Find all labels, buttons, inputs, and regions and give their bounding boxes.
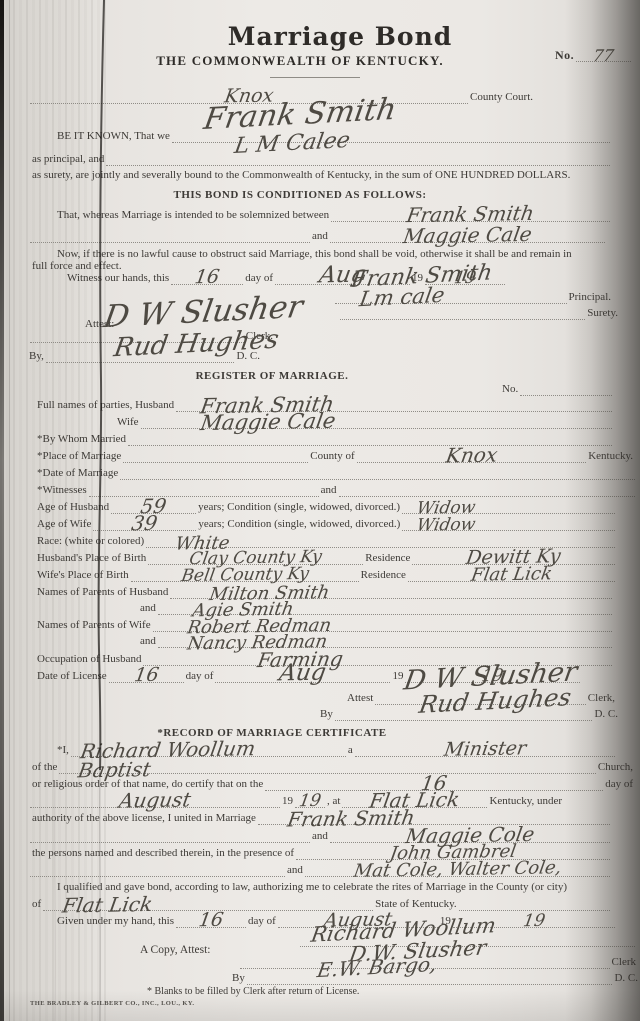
age-wife-label: Age of Wife (35, 518, 93, 531)
license-day-line: 16 (109, 669, 184, 683)
surety-label: Surety. (585, 307, 620, 320)
witness-day-handwriting: 16 (170, 267, 245, 287)
surety-name-line (106, 152, 610, 166)
cert-and1-label: and (310, 830, 330, 843)
date-line (120, 466, 635, 480)
ceremony-day-of-label: day of (603, 778, 635, 791)
printer-imprint: THE BRADLEY & GILBERT CO., INC., LOU., K… (28, 997, 196, 1010)
copy-attest-label: A Copy, Attest: (138, 944, 213, 957)
wife-name-line: Maggie Cale (141, 415, 612, 429)
race-label: Race: (white or colored) (35, 535, 146, 548)
register-by-label: By (318, 708, 335, 721)
ceremony-year-prefix: 19 (280, 795, 295, 808)
license-day-of-label: day of (184, 670, 216, 683)
bond-number: 77 (575, 48, 633, 65)
no-label: No. (553, 49, 576, 62)
be-it-known-label: BE IT KNOWN, That we (55, 130, 172, 143)
cert-and2-label: and (285, 864, 305, 877)
of-the-label: of the (30, 761, 59, 774)
i-label: *I, (55, 744, 71, 757)
witness1-line (89, 483, 319, 497)
given-label: Given under my hand, this (55, 915, 176, 928)
state-trailing-line (459, 897, 610, 911)
day-of-label: day of (243, 272, 275, 285)
solemnized-label: That, whereas Marriage is intended to be… (55, 209, 331, 222)
county-line: Knox (357, 449, 587, 463)
blank-line (30, 229, 310, 243)
husband-residence-line: Dewitt Ky (412, 551, 615, 565)
conditioned-heading: THIS BOND IS CONDITIONED AS FOLLOWS: (171, 189, 428, 202)
bride-name-handwriting: Maggie Cale (328, 223, 607, 248)
register-attest-label: Attest (345, 692, 375, 705)
wife-birth-line: Bell County Ky (131, 568, 359, 582)
given-day-line: 16 (176, 914, 246, 928)
license-month-line: Aug (215, 669, 390, 683)
register-heading: REGISTER OF MARRIAGE. (194, 370, 351, 383)
groom-line: Frank Smith (331, 208, 610, 222)
deputy-clerk-signature-handwriting: E.W. Bargo, (316, 954, 438, 980)
left-fold-line (9, 0, 10, 1021)
age-husband-label: Age of Husband (35, 501, 111, 514)
and-label: and (310, 230, 330, 243)
document-title: Marriage Bond (190, 22, 490, 51)
county-court-label: County Court. (468, 91, 535, 104)
surety-signature-handwriting: Lm cale (358, 285, 446, 310)
presence-clause: the persons named and described therein,… (30, 847, 296, 860)
wife-condition-label: years; Condition (single, widowed, divor… (196, 518, 402, 531)
license-month-handwriting: Aug (213, 660, 392, 686)
age-wife-line: 39 (93, 517, 196, 531)
witnesses-and-label: and (319, 484, 339, 497)
place-line (123, 449, 308, 463)
ceremony-year-line: 19 (295, 794, 325, 808)
county-of-label: County of (308, 450, 356, 463)
wife-label: Wife (115, 416, 141, 429)
document-subtitle: THE COMMONWEALTH OF KENTUCKY. (100, 53, 500, 69)
cert-clerk-label: Clerk (610, 956, 638, 969)
husband-condition-label: years; Condition (single, widowed, divor… (196, 501, 402, 514)
ceremony-month-line: August (30, 794, 280, 808)
witness-two-line: Mat Cole, Walter Cole, (305, 863, 610, 877)
cert-dc-label: D. C. (612, 972, 640, 985)
witnesses-label: *Witnesses (35, 484, 89, 497)
ceremony-month-handwriting: August (28, 788, 282, 812)
register-dc-label: D. C. (592, 708, 620, 721)
parents-wife-and-label: and (138, 635, 158, 648)
by-label: By, (27, 350, 46, 363)
date-of-marriage-label: *Date of Marriage (35, 467, 120, 480)
occupation-label: Occupation of Husband (35, 653, 143, 666)
no-line: 77 (576, 48, 631, 62)
husband-residence-label: Residence (363, 552, 412, 565)
witness-hands-label: Witness our hands, this (65, 272, 171, 285)
as-principal-label: as principal, and (30, 153, 106, 166)
marriage-county-handwriting: Knox (355, 443, 588, 467)
parents-wife-label: Names of Parents of Wife (35, 619, 153, 632)
given-day-of-label: day of (246, 915, 278, 928)
witness2-line (339, 483, 635, 497)
full-names-label: Full names of parties, Husband (35, 399, 176, 412)
given-day-handwriting: 16 (174, 910, 247, 930)
place-of-marriage-label: *Place of Marriage (35, 450, 123, 463)
husband-birth-label: Husband's Place of Birth (35, 552, 148, 565)
husband-condition-line: Widow (402, 500, 615, 514)
husband-birth-line: Clay County Ky (148, 551, 363, 565)
bride-line: Maggie Cale (330, 229, 605, 243)
cert-and2-line (30, 863, 285, 877)
by-whom-married-label: *By Whom Married (35, 433, 128, 446)
wife-residence-label: Residence (359, 569, 408, 582)
parents-husband-label: Names of Parents of Husband (35, 586, 170, 599)
principal-label: Principal. (567, 291, 613, 304)
cert-and1-line (30, 829, 310, 843)
wife-birth-label: Wife's Place of Birth (35, 569, 131, 582)
surety-clause: as surety, are jointly and severally bou… (30, 169, 572, 182)
witness-day-line: 16 (171, 271, 243, 285)
date-license-label: Date of License (35, 670, 109, 683)
age-wife-handwriting: 39 (92, 512, 198, 534)
minister-name-line: Richard Woollum (71, 743, 346, 757)
register-clerk-label: Clerk, (586, 692, 617, 705)
authority-clause: authority of the above license, I united… (30, 812, 258, 825)
parents-husband-and-label: and (138, 602, 158, 615)
license-day-handwriting: 16 (107, 665, 185, 685)
kentucky-label: Kentucky. (586, 450, 635, 463)
left-page-edge (0, 0, 4, 1021)
divider-line (270, 77, 360, 78)
